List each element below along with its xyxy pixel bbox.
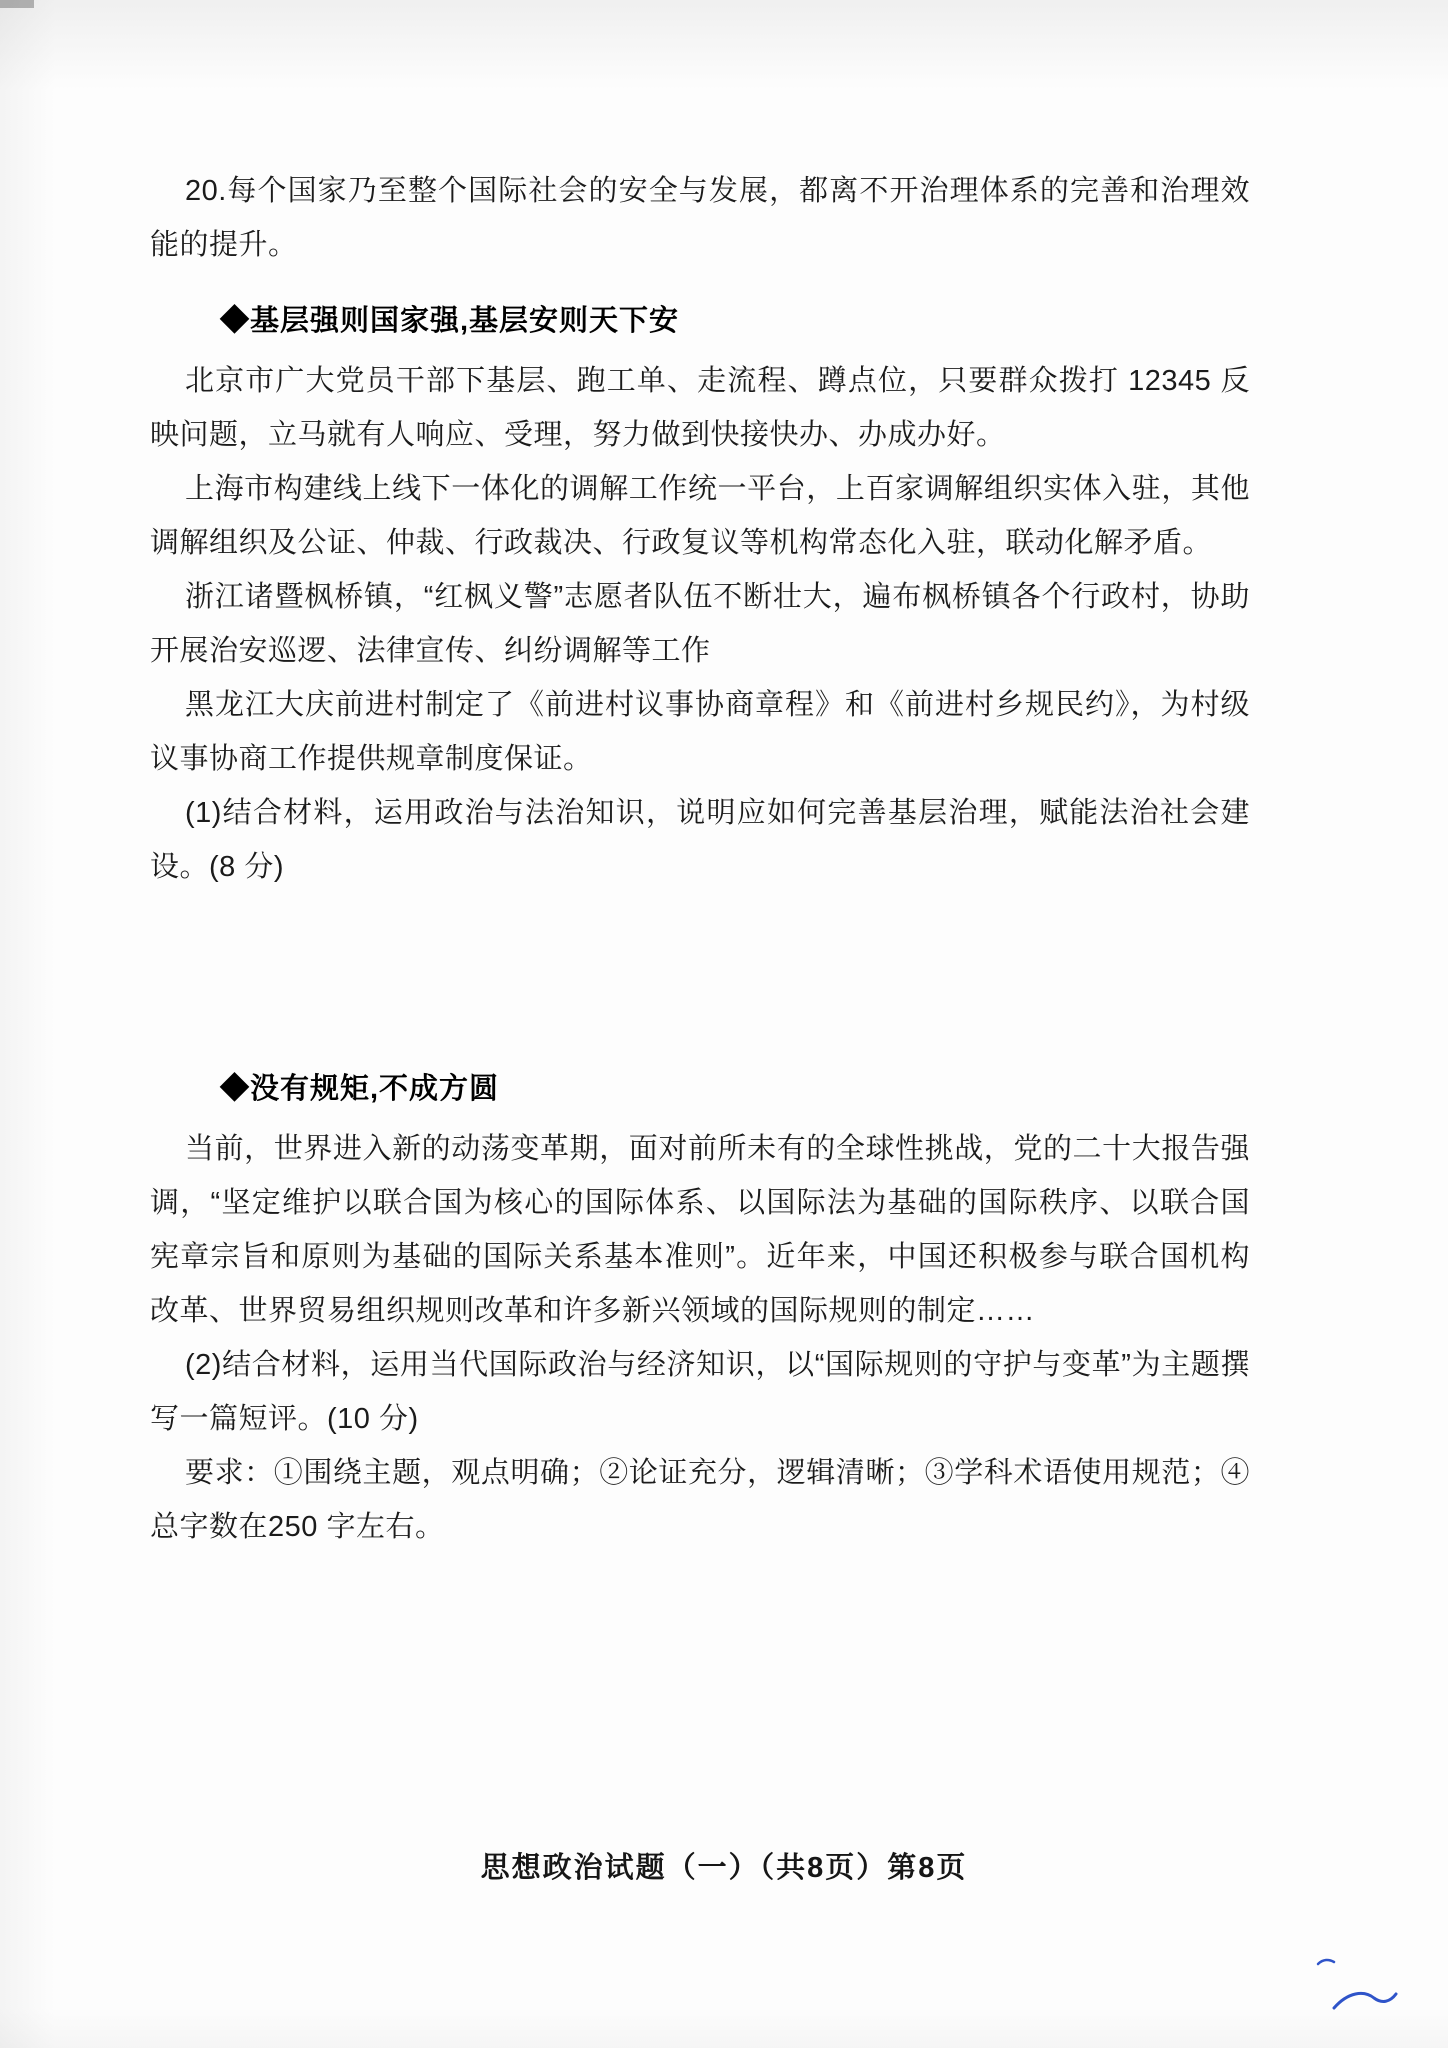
material-heading-rules: ◆没有规矩,不成方圆 bbox=[150, 1062, 1250, 1116]
question-20-part2: (2)结合材料，运用当代国际政治与经济知识，以“国际规则的守护与变革”为主题撰写… bbox=[150, 1338, 1250, 1446]
scan-edge-artifact bbox=[0, 0, 34, 8]
page-footer: 思想政治试题（一）（共8页）第8页 bbox=[0, 1845, 1448, 1886]
pen-mark-dot bbox=[1316, 1956, 1336, 1968]
question-20-intro: 20.每个国家乃至整个国际社会的安全与发展，都离不开治理体系的完善和治理效能的提… bbox=[150, 164, 1250, 272]
material-zhejiang: 浙江诸暨枫桥镇，“红枫义警”志愿者队伍不断壮大，遍布枫桥镇各个行政村，协助开展治… bbox=[150, 570, 1250, 678]
material-heilongjiang: 黑龙江大庆前进村制定了《前进村议事协商章程》和《前进村乡规民约》，为村级议事协商… bbox=[150, 678, 1250, 786]
scan-shadow-top bbox=[0, 0, 1448, 90]
material-heading-grassroots: ◆基层强则国家强,基层安则天下安 bbox=[150, 294, 1250, 348]
question-20-part1: (1)结合材料，运用政治与法治知识，说明应如何完善基层治理，赋能法治社会建设。(… bbox=[150, 786, 1250, 894]
scan-shadow-left bbox=[0, 0, 55, 2048]
question-20-block: 20.每个国家乃至整个国际社会的安全与发展，都离不开治理体系的完善和治理效能的提… bbox=[150, 164, 1250, 1554]
pen-mark-scribble bbox=[1330, 1982, 1400, 2018]
scanned-exam-page: 20.每个国家乃至整个国际社会的安全与发展，都离不开治理体系的完善和治理效能的提… bbox=[0, 0, 1448, 2048]
material-international-rules: 当前，世界进入新的动荡变革期，面对前所未有的全球性挑战，党的二十大报告强调，“坚… bbox=[150, 1122, 1250, 1338]
scan-shadow-bottom bbox=[0, 2008, 1448, 2048]
material-shanghai: 上海市构建线上线下一体化的调解工作统一平台，上百家调解组织实体入驻，其他调解组织… bbox=[150, 462, 1250, 570]
material-beijing: 北京市广大党员干部下基层、跑工单、走流程、蹲点位，只要群众拨打 12345 反映… bbox=[150, 354, 1250, 462]
question-20-requirements: 要求：①围绕主题，观点明确；②论证充分，逻辑清晰；③学科术语使用规范；④总字数在… bbox=[150, 1446, 1250, 1554]
